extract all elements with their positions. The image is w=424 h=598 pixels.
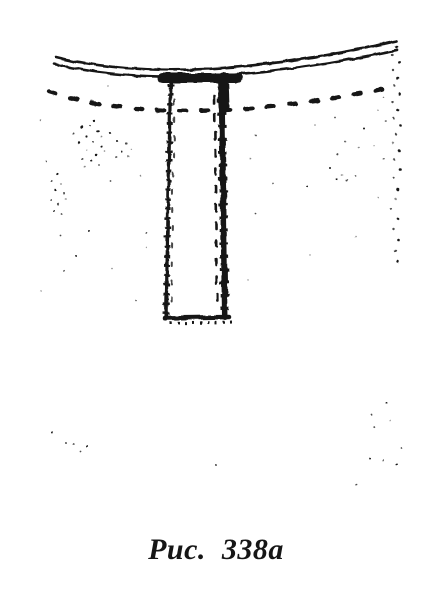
slit-opening-rectangle	[163, 78, 238, 324]
figure-caption: Рис.338а	[4, 533, 424, 567]
garment-slit-diagram	[0, 0, 424, 598]
scanned-figure-page: Рис.338а	[0, 0, 424, 598]
figure-caption-label: Рис.	[148, 533, 206, 566]
figure-caption-number: 338а	[222, 533, 284, 566]
slit-stitch-line-right	[215, 96, 218, 311]
fabric-top-edge-double-curve	[54, 41, 397, 77]
slit-bottom-edge	[165, 317, 229, 318]
slit-bottom-texture	[170, 322, 233, 324]
